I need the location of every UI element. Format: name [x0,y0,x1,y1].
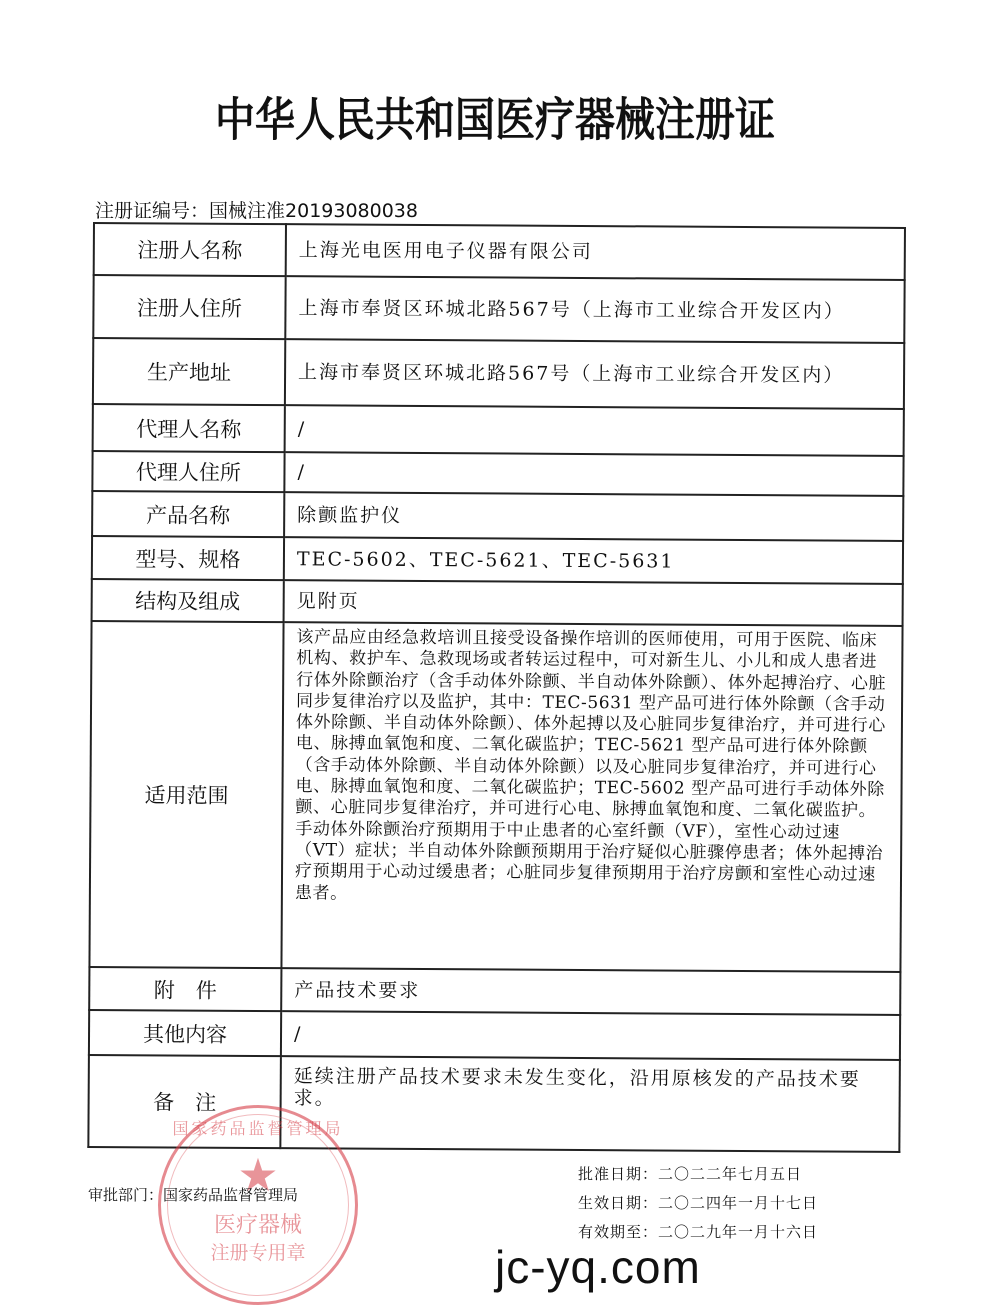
table-row: 其他内容 / [89,1010,900,1060]
row-value: / [281,1011,900,1060]
date-block: 批准日期：二〇二二年七月五日 生效日期：二〇二四年一月十七日 有效期至：二〇二九… [578,1160,818,1247]
row-label: 适用范围 [89,621,283,968]
table-row: 生产地址 上海市奉贤区环城北路567号（上海市工业综合开发区内） [93,338,904,409]
row-value: 除颤监护仪 [284,492,903,541]
table-row: 代理人名称 / [93,404,904,456]
row-value: 产品技术要求 [281,968,900,1015]
row-value: 上海市奉贤区环城北路567号（上海市工业综合开发区内） [285,276,904,343]
row-value: 上海光电医用电子仪器有限公司 [286,224,905,280]
seal-inner-ring [167,1114,349,1296]
document-title: 中华人民共和国医疗器械注册证 [0,84,990,150]
table-row: 型号、规格 TEC-5602、TEC-5621、TEC-5631 [92,536,903,584]
row-label: 代理人住所 [92,451,284,492]
row-value: TEC-5602、TEC-5621、TEC-5631 [284,537,903,584]
seal-line-1: 医疗器械 [161,1208,355,1239]
row-value: / [284,452,903,496]
row-label: 注册人名称 [94,223,286,276]
row-label: 生产地址 [93,338,285,405]
table-row: 代理人住所 / [92,451,903,496]
table-row: 附 件 产品技术要求 [89,967,900,1015]
table-row: 注册人名称 上海光电医用电子仪器有限公司 [94,223,905,280]
registration-number-value: 国械注准20193080038 [209,200,418,222]
row-value: 延续注册产品技术要求未发生变化，沿用原核发的产品技术要求。 [280,1056,900,1152]
effective-date: 生效日期：二〇二四年一月十七日 [578,1189,818,1218]
seal-line-2: 注册专用章 [161,1238,355,1265]
table-row: 产品名称 除颤监护仪 [92,491,903,541]
row-value: / [285,405,904,456]
table-row: 注册人住所 上海市奉贤区环城北路567号（上海市工业综合开发区内） [93,275,904,343]
row-value: 上海市奉贤区环城北路567号（上海市工业综合开发区内） [285,339,904,409]
table-row: 结构及组成 见附页 [92,579,903,626]
seal-ring-text: 国家药品监督管理局 [161,1116,355,1139]
row-label: 型号、规格 [92,536,284,580]
approval-department: 审批部门：国家药品监督管理局 [88,1184,298,1205]
row-value: 见附页 [284,580,903,626]
registration-number: 注册证编号：国械注准20193080038 [95,196,418,223]
watermark-text: jc-yq.com [495,1240,701,1294]
row-label: 结构及组成 [92,579,284,622]
table-row: 适用范围 该产品应由经急救培训且接受设备操作培训的医师使用，可用于医院、临床机构… [89,621,902,972]
certificate-table: 注册人名称 上海光电医用电子仪器有限公司 注册人住所 上海市奉贤区环城北路567… [87,222,906,1153]
row-label: 附 件 [89,967,281,1011]
row-value-scope: 该产品应由经急救培训且接受设备操作培训的医师使用，可用于医院、临床机构、救护车、… [281,622,902,972]
row-label: 注册人住所 [93,275,285,339]
approval-date: 批准日期：二〇二二年七月五日 [578,1160,818,1189]
row-label: 产品名称 [92,491,284,537]
row-label: 其他内容 [89,1010,281,1056]
row-label: 代理人名称 [93,404,285,452]
registration-number-label: 注册证编号： [95,200,209,222]
official-seal: 国家药品监督管理局 ★ 医疗器械 注册专用章 [158,1105,358,1305]
